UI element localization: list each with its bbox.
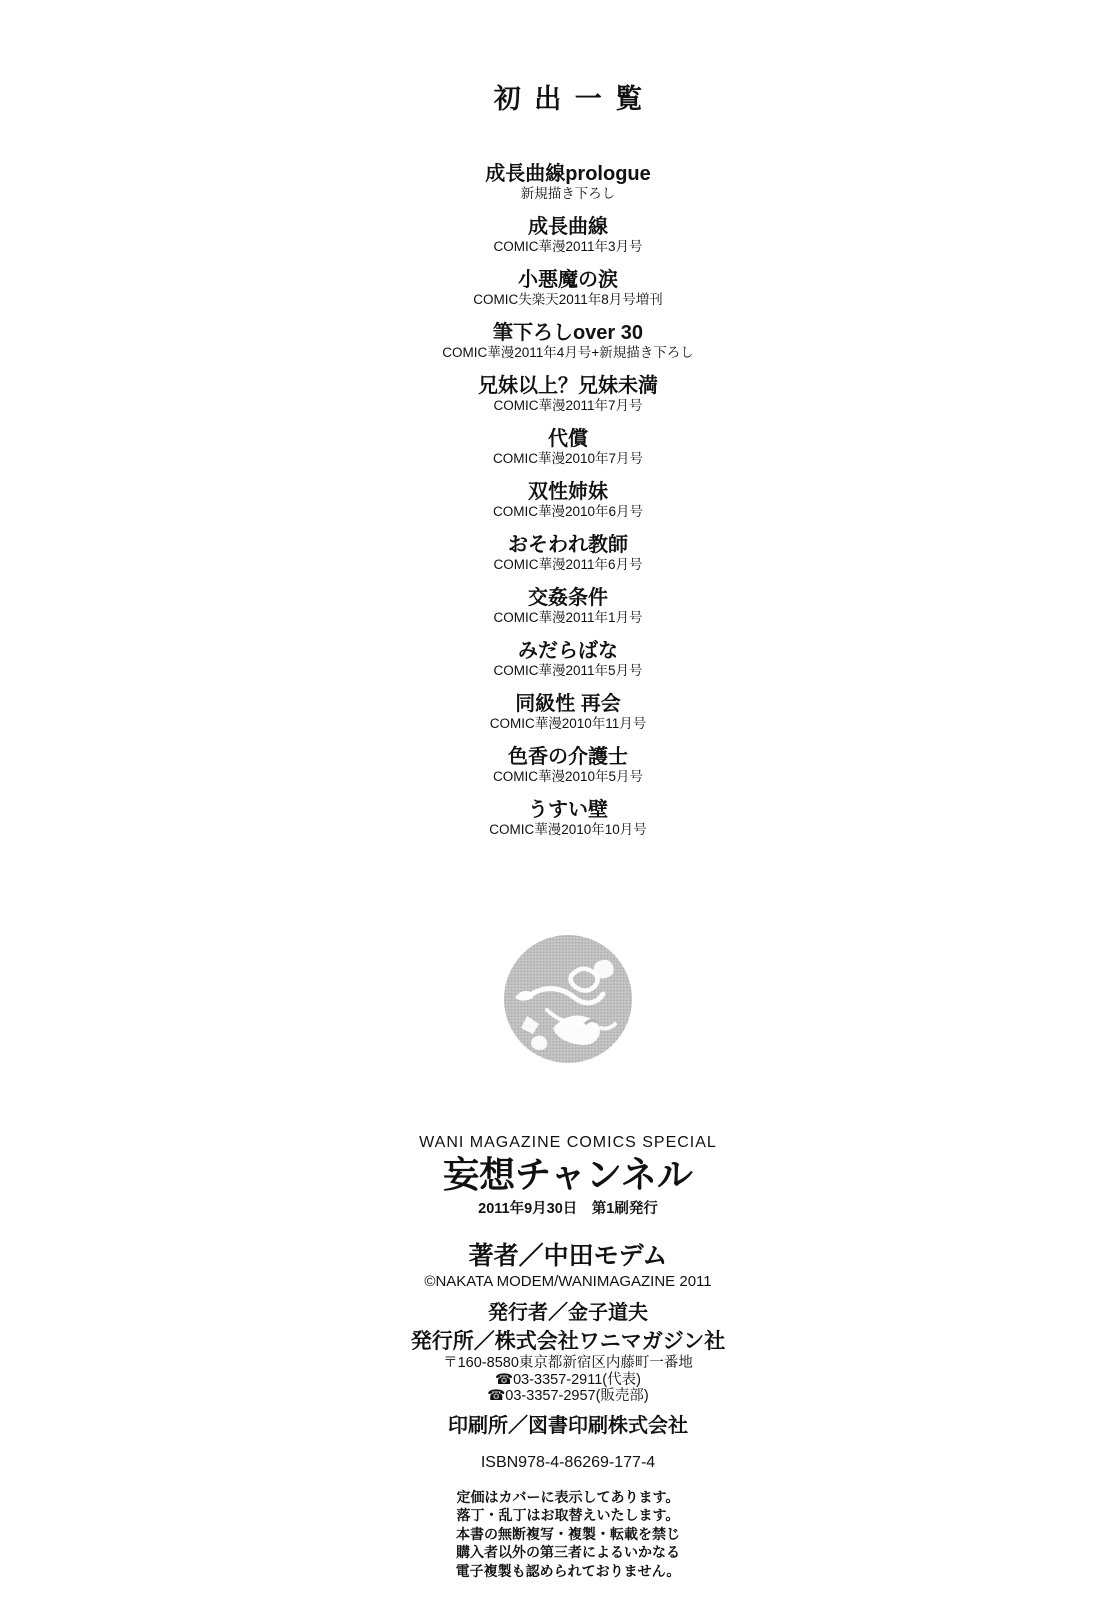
colophon-page: 初出一覧 成長曲線prologue 新規描き下ろし 成長曲線 COMIC華漫20… [0, 0, 1100, 1600]
work-source: COMIC華漫2010年7月号 [36, 450, 1100, 468]
work-title: 筆下ろしover 30 [36, 322, 1100, 344]
work-entry: 交姦条件 COMIC華漫2011年1月号 [36, 587, 1100, 627]
work-source: COMIC華漫2011年6月号 [36, 556, 1100, 574]
work-entry: 小悪魔の涙 COMIC失楽天2011年8月号増刊 [36, 269, 1100, 309]
work-source: COMIC華漫2010年5月号 [36, 768, 1100, 786]
legal-note-line: 電子複製も認められておりません。 [36, 1562, 1100, 1581]
author-line: 著者／中田モデム [36, 1242, 1100, 1270]
work-entry: 色香の介護士 COMIC華漫2010年5月号 [36, 746, 1100, 786]
work-source: COMIC華漫2011年3月号 [36, 238, 1100, 256]
legal-note-line: 落丁・乱丁はお取替えいたします。 [36, 1506, 1100, 1525]
work-title: 双性姉妹 [36, 481, 1100, 503]
legal-notes: 定価はカバーに表示してあります。 落丁・乱丁はお取替えいたします。 本書の無断複… [36, 1488, 1100, 1581]
work-source: COMIC華漫2011年7月号 [36, 397, 1100, 415]
legal-note-line: 購入者以外の第三者によるいかなる [36, 1543, 1100, 1562]
series-label: WANI MAGAZINE COMICS SPECIAL [36, 1133, 1100, 1152]
copyright-line: ©NAKATA MODEM/WANIMAGAZINE 2011 [36, 1273, 1100, 1291]
first-publication-list: 成長曲線prologue 新規描き下ろし 成長曲線 COMIC華漫2011年3月… [36, 163, 1100, 839]
wanimagazine-crocodile-logo [501, 932, 635, 1066]
phone-main: ☎03-3357-2911(代表) [36, 1372, 1100, 1389]
work-source: COMIC華漫2011年4月号+新規描き下ろし [36, 344, 1100, 362]
work-source: COMIC華漫2010年11月号 [36, 715, 1100, 733]
work-source: 新規描き下ろし [36, 185, 1100, 203]
book-title: 妄想チャンネル [36, 1155, 1100, 1195]
legal-note-line: 本書の無断複写・複製・転載を禁じ [36, 1525, 1100, 1544]
print-date-edition: 2011年9月30日 第1刷発行 [36, 1200, 1100, 1218]
work-title: おそわれ教師 [36, 534, 1100, 556]
phone-sales: ☎03-3357-2957(販売部) [36, 1388, 1100, 1405]
work-source: COMIC華漫2011年5月号 [36, 662, 1100, 680]
publisher-line: 発行所／株式会社ワニマガジン社 [36, 1330, 1100, 1354]
publisher-logo-area [36, 932, 1100, 1066]
work-title: 同級性 再会 [36, 693, 1100, 715]
work-title: 色香の介護士 [36, 746, 1100, 768]
work-title: みだらばな [36, 640, 1100, 662]
work-source: COMIC失楽天2011年8月号増刊 [36, 291, 1100, 309]
work-entry: 代償 COMIC華漫2010年7月号 [36, 428, 1100, 468]
work-title: 代償 [36, 428, 1100, 450]
printer-line: 印刷所／図書印刷株式会社 [36, 1414, 1100, 1438]
work-source: COMIC華漫2010年10月号 [36, 821, 1100, 839]
work-source: COMIC華漫2010年6月号 [36, 503, 1100, 521]
work-entry: 筆下ろしover 30 COMIC華漫2011年4月号+新規描き下ろし [36, 322, 1100, 362]
work-entry: 成長曲線prologue 新規描き下ろし [36, 163, 1100, 203]
work-title: 交姦条件 [36, 587, 1100, 609]
publisher-person-line: 発行者／金子道夫 [36, 1301, 1100, 1325]
work-title: 成長曲線prologue [36, 163, 1100, 185]
page-title: 初出一覧 [36, 0, 1100, 114]
work-entry: 兄妹以上？兄妹未満 COMIC華漫2011年7月号 [36, 375, 1100, 415]
work-title: 小悪魔の涙 [36, 269, 1100, 291]
work-entry: みだらばな COMIC華漫2011年5月号 [36, 640, 1100, 680]
work-title: 成長曲線 [36, 216, 1100, 238]
colophon-block: WANI MAGAZINE COMICS SPECIAL 妄想チャンネル 201… [36, 1133, 1100, 1580]
work-entry: 成長曲線 COMIC華漫2011年3月号 [36, 216, 1100, 256]
work-title: うすい壁 [36, 799, 1100, 821]
work-entry: うすい壁 COMIC華漫2010年10月号 [36, 799, 1100, 839]
work-title: 兄妹以上？兄妹未満 [36, 375, 1100, 397]
work-entry: 同級性 再会 COMIC華漫2010年11月号 [36, 693, 1100, 733]
legal-note-line: 定価はカバーに表示してあります。 [36, 1488, 1100, 1507]
work-entry: おそわれ教師 COMIC華漫2011年6月号 [36, 534, 1100, 574]
isbn: ISBN978-4-86269-177-4 [36, 1453, 1100, 1472]
work-source: COMIC華漫2011年1月号 [36, 609, 1100, 627]
work-entry: 双性姉妹 COMIC華漫2010年6月号 [36, 481, 1100, 521]
publisher-address: 〒160-8580東京都新宿区内藤町一番地 [36, 1355, 1100, 1372]
